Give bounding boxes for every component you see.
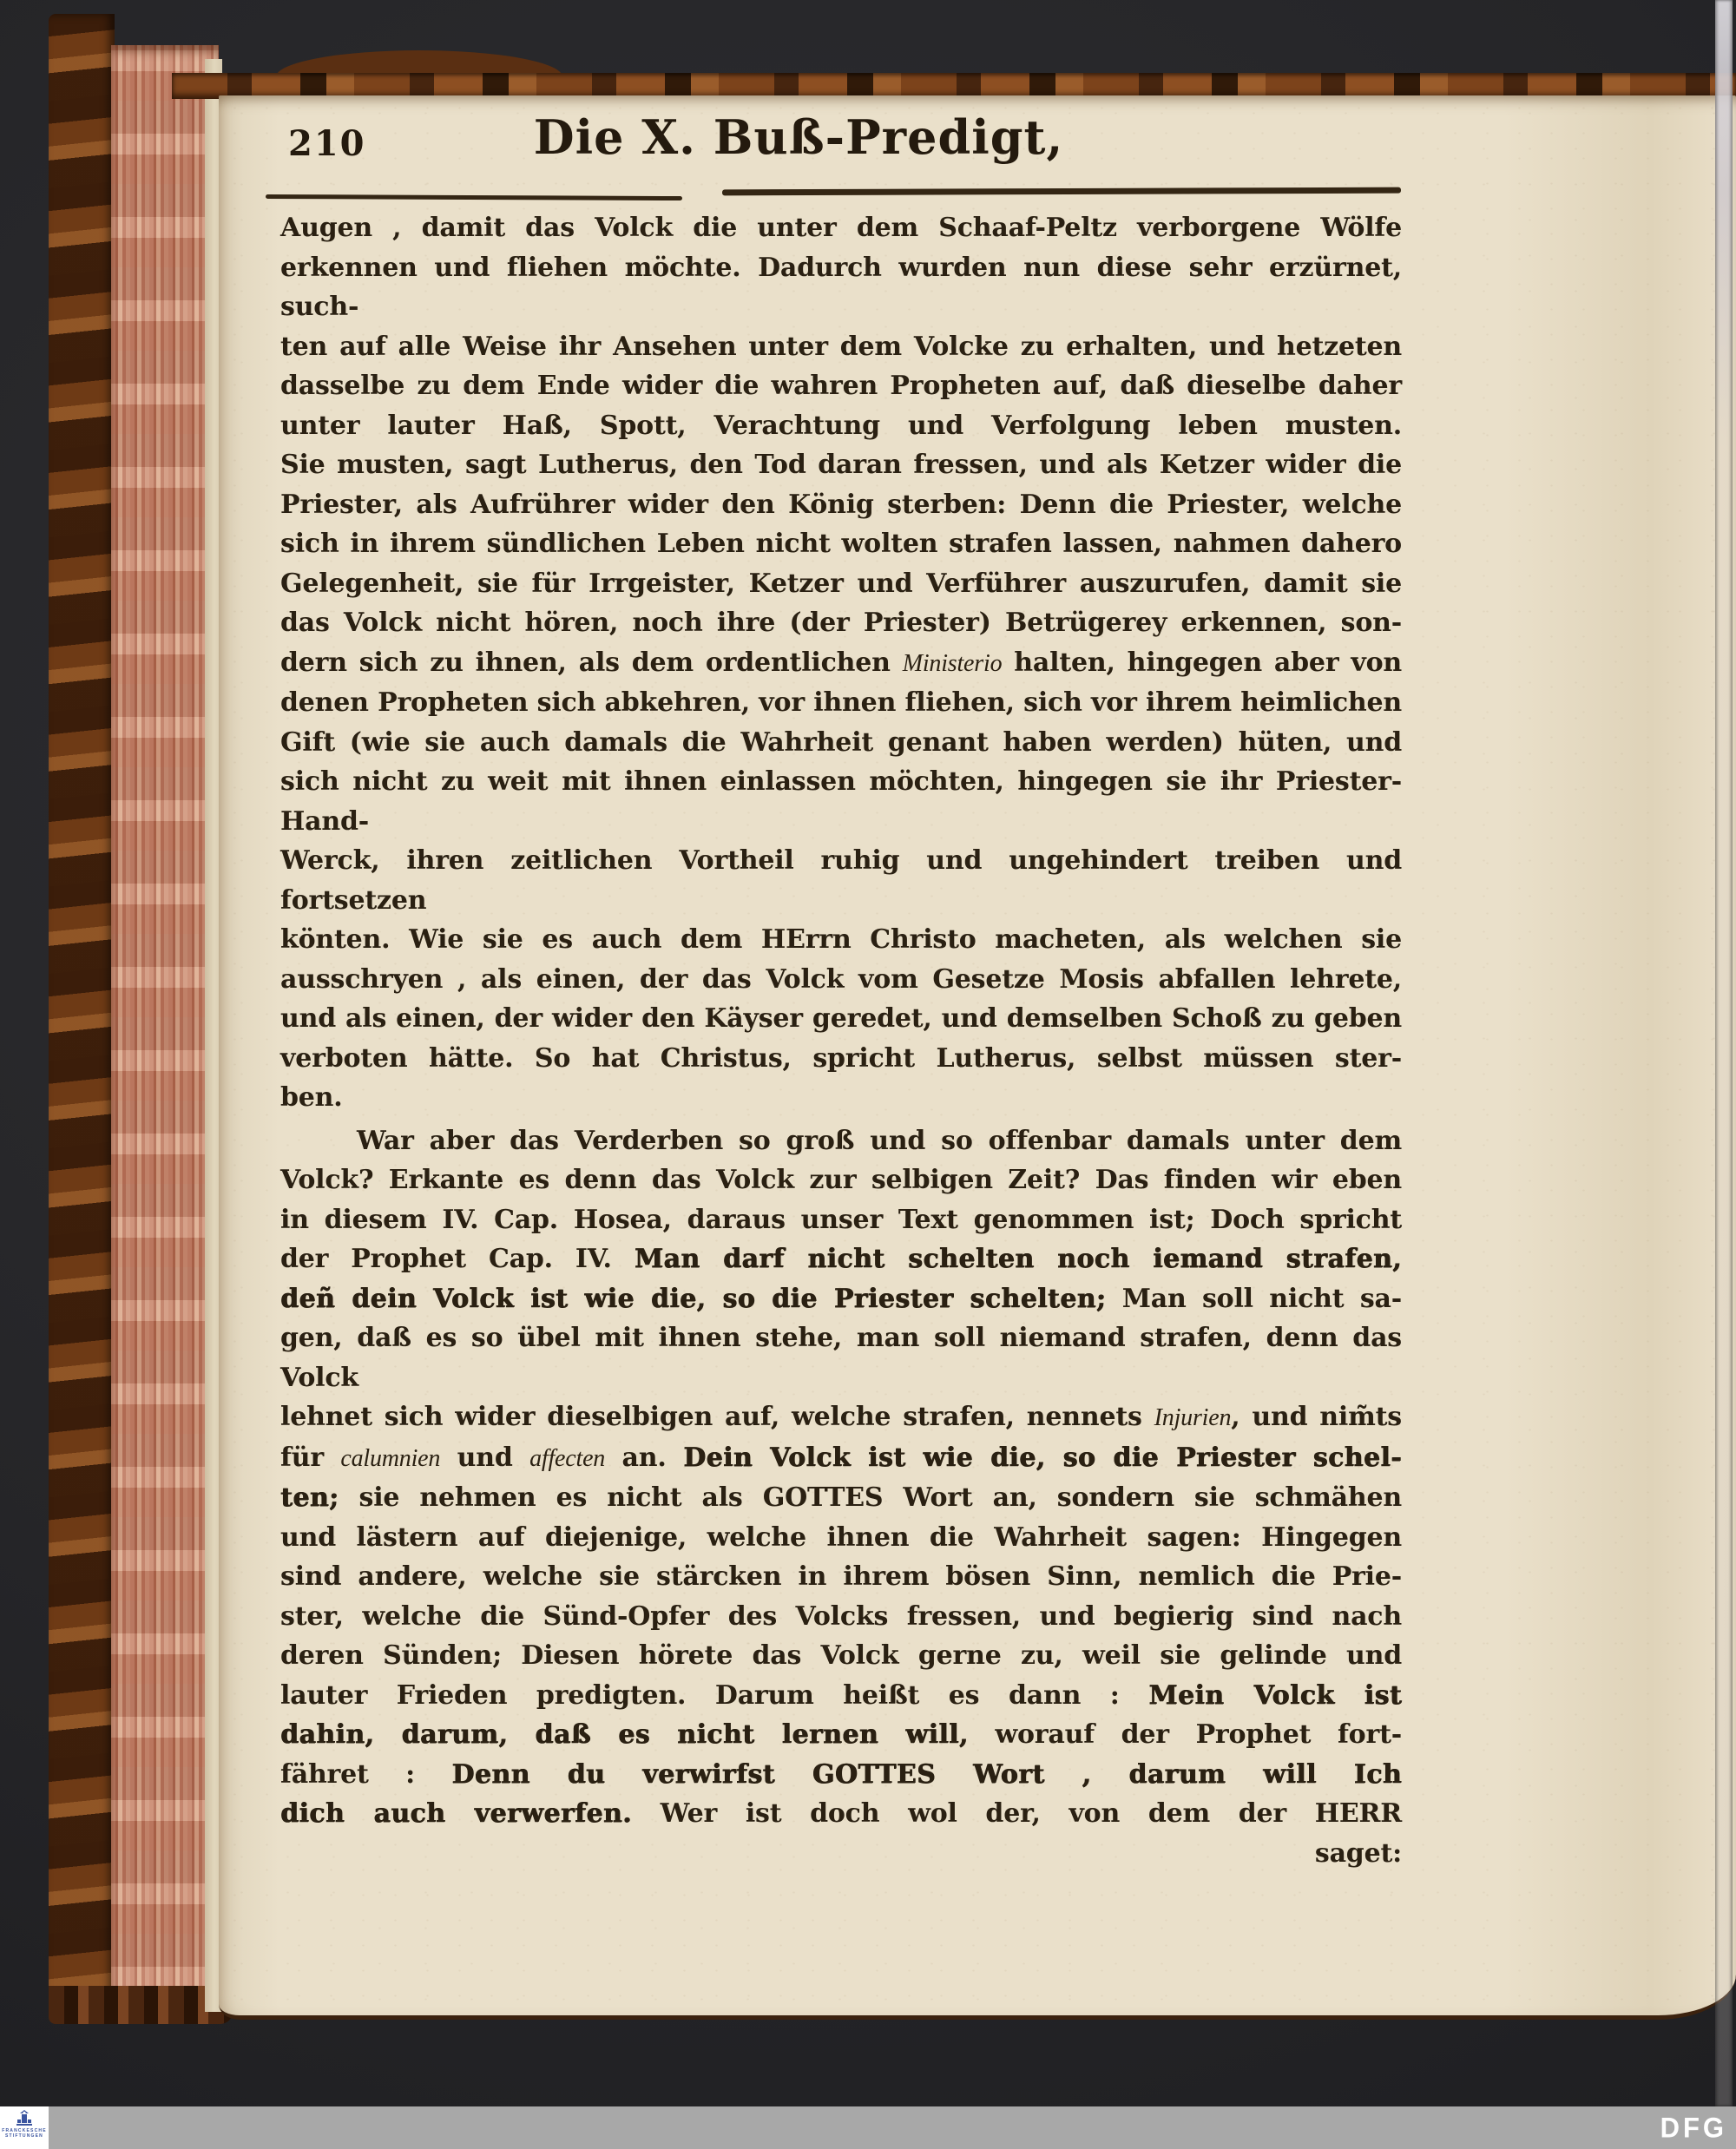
text-line: War aber das Verderben so groß und so of…	[280, 1121, 1402, 1161]
body-text: sind andere, welche sie stärcken in ihre…	[280, 1561, 1402, 1592]
text-line: ten auf alle Weise ihr Ansehen unter dem…	[280, 327, 1402, 367]
body-text: erkennen und fliehen möchte. Dadurch wur…	[280, 253, 1402, 323]
emphasized-text: Dein Volck ist wie die, so die Priester …	[683, 1443, 1402, 1473]
text-line: deren Sünden; Diesen hörete das Volck ge…	[280, 1636, 1402, 1676]
stiftungen-emblem-icon	[15, 2109, 34, 2128]
dfg-logo: DFG	[1660, 2112, 1727, 2145]
emphasized-text: dich auch verwerfen.	[280, 1798, 632, 1829]
body-text: deren Sünden; Diesen hörete das Volck ge…	[280, 1640, 1402, 1671]
glass-edge-strip	[1715, 0, 1733, 2106]
text-line: Gift (wie sie auch damals die Wahrheit g…	[280, 723, 1402, 763]
text-line: dasselbe zu dem Ende wider die wahren Pr…	[280, 366, 1402, 406]
text-line: Augen , damit das Volck die unter dem Sc…	[280, 208, 1402, 248]
page-number: 210	[288, 123, 366, 164]
text-block: Augen , damit das Volck die unter dem Sc…	[280, 208, 1402, 1873]
emphasized-text: ten;	[280, 1482, 339, 1513]
body-text: lauter Frieden predigten. Darum heißt es…	[280, 1680, 1148, 1711]
text-line: lauter Frieden predigten. Darum heißt es…	[280, 1676, 1402, 1716]
body-text: Sie musten, sagt Lutherus, den Tod daran…	[280, 450, 1402, 480]
body-text: sie nehmen es nicht als GOTTES Wort an, …	[339, 1482, 1402, 1513]
emphasized-text: Denn du verwirfst GOTTES Wort , darum wi…	[451, 1759, 1402, 1790]
text-line: sich nicht zu weit mit ihnen einlassen m…	[280, 762, 1402, 841]
book-scan-stage: 210 Die X. Buß-Predigt, Augen , damit da…	[0, 0, 1736, 2149]
body-text: gen, daß es so übel mit ihnen stehe, man…	[280, 1323, 1402, 1393]
body-text: dasselbe zu dem Ende wider die wahren Pr…	[280, 371, 1402, 401]
body-text: denen Propheten sich abkehren, vor ihnen…	[280, 687, 1402, 718]
text-line: und als einen, der wider den Käyser gere…	[280, 999, 1402, 1039]
text-line: und lästern auf diejenige, welche ihnen …	[280, 1518, 1402, 1558]
text-line: fähret : Denn du verwirfst GOTTES Wort ,…	[280, 1755, 1402, 1795]
body-text: Man soll nicht sa-	[1106, 1284, 1402, 1314]
stamp-line2: STIFTUNGEN	[5, 2133, 43, 2139]
body-text: Augen , damit das Volck die unter dem Sc…	[280, 213, 1402, 243]
text-line: für calumnien und affecten an. Dein Volc…	[280, 1438, 1402, 1479]
body-text: Priester, als Aufrührer wider den König …	[280, 490, 1402, 520]
text-line: sich in ihrem sündlichen Leben nicht wol…	[280, 524, 1402, 564]
text-line: ausschryen , als einen, der das Volck vo…	[280, 960, 1402, 1000]
book-spine	[49, 14, 115, 2021]
catchword: saget:	[280, 1834, 1402, 1874]
body-text: und als einen, der wider den Käyser gere…	[280, 1003, 1402, 1034]
text-line: unter lauter Haß, Spott, Verachtung und …	[280, 406, 1402, 446]
body-text: sich in ihrem sündlichen Leben nicht wol…	[280, 529, 1402, 559]
emphasized-text: dahin, darum, daß es nicht lernen will,	[280, 1719, 969, 1750]
body-text: verboten hätte. So hat Christus, spricht…	[280, 1043, 1402, 1074]
page-edge-stack	[111, 45, 219, 2017]
text-line: sind andere, welche sie stärcken in ihre…	[280, 1557, 1402, 1597]
latin-text: calumnien	[340, 1445, 440, 1472]
latin-text: Ministerio	[903, 650, 1003, 677]
body-text: Volck? Erkante es denn das Volck zur sel…	[280, 1165, 1402, 1195]
text-line: könten. Wie sie es auch dem HErrn Christ…	[280, 920, 1402, 960]
body-text: Wer ist doch wol der, von dem der HERR	[632, 1798, 1402, 1829]
body-text: Gift (wie sie auch damals die Wahrheit g…	[280, 727, 1402, 758]
body-text: worauf der Prophet fort-	[969, 1719, 1402, 1750]
body-text: , und nim̃ts	[1231, 1402, 1402, 1432]
body-text: könten. Wie sie es auch dem HErrn Christ…	[280, 924, 1402, 955]
text-line: Volck? Erkante es denn das Volck zur sel…	[280, 1160, 1402, 1200]
text-line: ster, welche die Sünd-Opfer des Volcks f…	[280, 1597, 1402, 1637]
body-text: und lästern auf diejenige, welche ihnen …	[280, 1522, 1402, 1553]
text-line: deñ dein Volck ist wie die, so die Pries…	[280, 1279, 1402, 1319]
body-text: halten, hingegen aber von	[1002, 647, 1402, 678]
text-line: Sie musten, sagt Lutherus, den Tod daran…	[280, 445, 1402, 485]
text-line: dern sich zu ihnen, als dem ordentlichen…	[280, 643, 1402, 684]
body-text: ster, welche die Sünd-Opfer des Volcks f…	[280, 1601, 1402, 1632]
paragraph: War aber das Verderben so groß und so of…	[280, 1121, 1402, 1874]
emphasized-text: deñ dein Volck ist wie die, so die Pries…	[280, 1284, 1106, 1314]
text-line: Werck, ihren zeitlichen Vortheil ruhig u…	[280, 841, 1402, 920]
text-line: ben.	[280, 1078, 1402, 1118]
text-line: denen Propheten sich abkehren, vor ihnen…	[280, 683, 1402, 723]
text-line: Priester, als Aufrührer wider den König …	[280, 485, 1402, 525]
franckesche-stiftungen-logo: FRANCKESCHE STIFTUNGEN	[0, 2106, 49, 2149]
text-line: der Prophet Cap. IV. Man darf nicht sche…	[280, 1239, 1402, 1279]
body-text: an.	[605, 1443, 683, 1473]
emphasized-text: Man darf nicht schelten noch iemand stra…	[635, 1244, 1402, 1274]
body-text: das Volck nicht hören, noch ihre (der Pr…	[280, 608, 1402, 638]
body-text: der Prophet Cap. IV.	[280, 1244, 635, 1274]
text-line: lehnet sich wider dieselbigen auf, welch…	[280, 1397, 1402, 1438]
emphasized-text: Mein Volck ist	[1148, 1680, 1402, 1711]
text-line: erkennen und fliehen möchte. Dadurch wur…	[280, 248, 1402, 327]
body-text: ten auf alle Weise ihr Ansehen unter dem…	[280, 332, 1402, 362]
body-text: Werck, ihren zeitlichen Vortheil ruhig u…	[280, 845, 1402, 916]
text-line: Gelegenheit, sie für Irrgeister, Ketzer …	[280, 564, 1402, 604]
text-line: in diesem IV. Cap. Hosea, daraus unser T…	[280, 1200, 1402, 1240]
text-line: verboten hätte. So hat Christus, spricht…	[280, 1039, 1402, 1079]
body-text: War aber das Verderben so groß und so of…	[357, 1126, 1402, 1156]
body-text: sich nicht zu weit mit ihnen einlassen m…	[280, 766, 1402, 837]
text-line: das Volck nicht hören, noch ihre (der Pr…	[280, 603, 1402, 643]
body-text: fähret :	[280, 1759, 451, 1790]
body-text: und	[440, 1443, 529, 1473]
viewer-footer-bar: FRANCKESCHE STIFTUNGEN DFG	[0, 2106, 1736, 2149]
text-line: gen, daß es so übel mit ihnen stehe, man…	[280, 1318, 1402, 1397]
body-text: ausschryen , als einen, der das Volck vo…	[280, 964, 1402, 995]
latin-text: Injurien	[1154, 1404, 1232, 1431]
body-text: Gelegenheit, sie für Irrgeister, Ketzer …	[280, 568, 1402, 599]
body-text: unter lauter Haß, Spott, Verachtung und …	[280, 411, 1402, 441]
text-line: dahin, darum, daß es nicht lernen will, …	[280, 1715, 1402, 1755]
body-text: in diesem IV. Cap. Hosea, daraus unser T…	[280, 1205, 1402, 1235]
body-text: für	[280, 1443, 340, 1473]
paragraph: Augen , damit das Volck die unter dem Sc…	[280, 208, 1402, 1118]
body-text: ben.	[280, 1082, 343, 1113]
body-text: dern sich zu ihnen, als dem ordentlichen	[280, 647, 903, 678]
text-line: dich auch verwerfen. Wer ist doch wol de…	[280, 1794, 1402, 1834]
body-text: lehnet sich wider dieselbigen auf, welch…	[280, 1402, 1154, 1432]
text-line: ten; sie nehmen es nicht als GOTTES Wort…	[280, 1478, 1402, 1518]
latin-text: affecten	[529, 1445, 605, 1472]
running-title: Die X. Buß-Predigt,	[365, 109, 1233, 165]
